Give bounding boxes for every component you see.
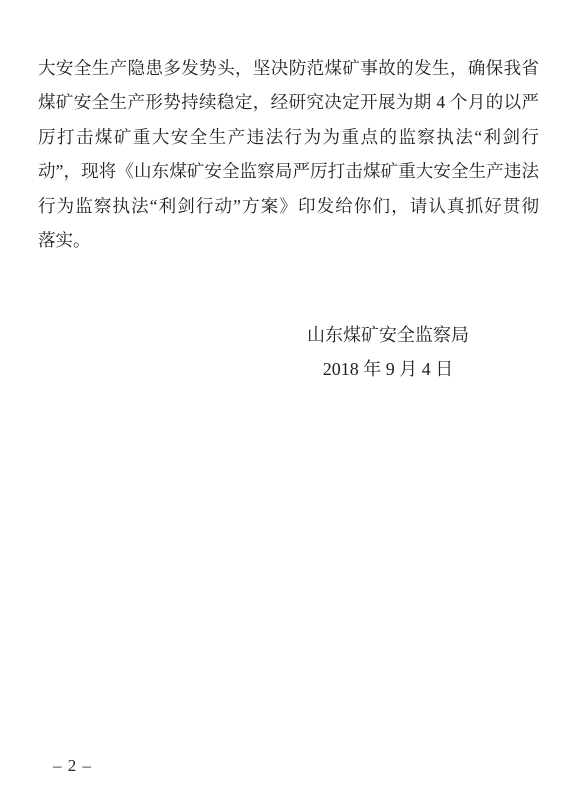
signature-date: 2018 年 9 月 4 日	[278, 352, 498, 386]
body-paragraph: 大安全生产隐患多发势头，坚决防范煤矿事故的发生，确保我省 煤矿安全生产形势持续稳…	[38, 51, 539, 257]
document-page: 大安全生产隐患多发势头，坚决防范煤矿事故的发生，确保我省 煤矿安全生产形势持续稳…	[0, 0, 577, 792]
signature-block: 山东煤矿安全监察局 2018 年 9 月 4 日	[278, 318, 498, 386]
body-line-4: 动”，现将《山东煤矿安全监察局严厉打击煤矿重大安全生产违法	[38, 154, 539, 188]
body-line-2: 煤矿安全生产形势持续稳定，经研究决定开展为期 4 个月的以严	[38, 85, 539, 119]
body-line-5: 行为监察执法“利剑行动”方案》印发给你们，请认真抓好贯彻	[38, 189, 539, 223]
body-line-1: 大安全生产隐患多发势头，坚决防范煤矿事故的发生，确保我省	[38, 51, 539, 85]
body-line-6: 落实。	[38, 223, 539, 257]
body-line-3: 厉打击煤矿重大安全生产违法行为为重点的监察执法“利剑行	[38, 120, 539, 154]
page-number: – 2 –	[53, 756, 92, 776]
signature-organization: 山东煤矿安全监察局	[278, 318, 498, 352]
